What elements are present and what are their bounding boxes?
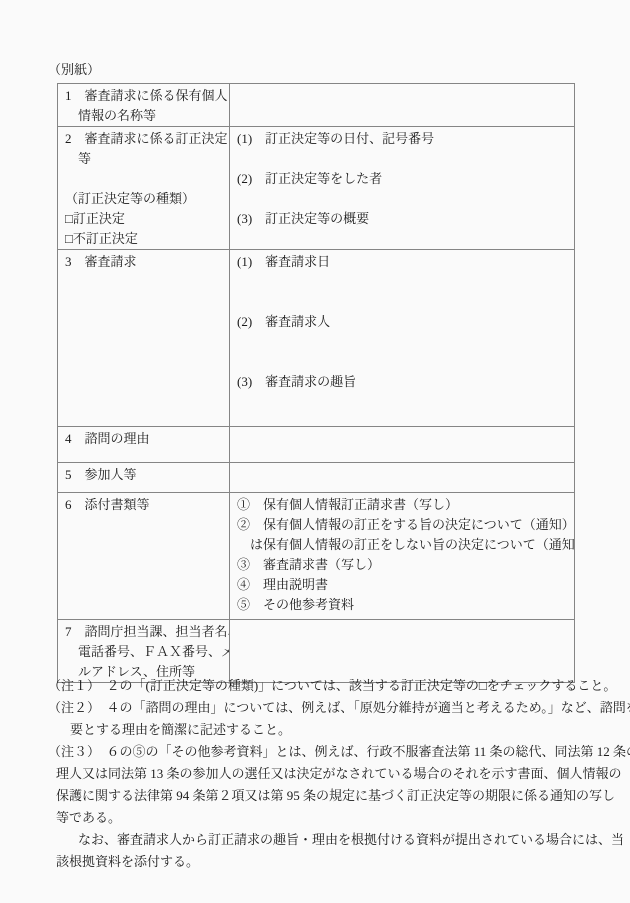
cell-line: ② 保有個人情報の訂正をする旨の決定について（通知）（写し）又 xyxy=(237,515,570,535)
empty-cell-line xyxy=(237,86,570,106)
cell-line: 情報の名称等 xyxy=(65,106,225,126)
row-6-detail-cell: ① 保有個人情報訂正請求書（写し）② 保有個人情報の訂正をする旨の決定について（… xyxy=(230,493,575,620)
cell-line xyxy=(237,189,570,209)
cell-line: (1) 審査請求日 xyxy=(237,252,570,272)
row-2-detail-cell: (1) 訂正決定等の日付、記号番号 (2) 訂正決定等をした者 (3) 訂正決定… xyxy=(230,127,575,250)
row-4-detail-cell xyxy=(230,427,575,463)
table-row-6: 6 添付書類等① 保有個人情報訂正請求書（写し）② 保有個人情報の訂正をする旨の… xyxy=(58,493,575,620)
empty-cell-line xyxy=(237,429,570,449)
note-line: （注１） ２の「(訂正決定等の種類)」については、該当する訂正決定等の□をチェッ… xyxy=(48,675,593,697)
cell-line: ③ 審査請求書（写し） xyxy=(237,555,570,575)
row-5-detail-cell xyxy=(230,463,575,493)
note-line: （注２） ４の「諮問の理由」については、例えば、「原処分維持が適当と考えるため。… xyxy=(48,697,593,719)
cell-line: 1 審査請求に係る保有個人 xyxy=(65,86,225,106)
empty-cell-line xyxy=(237,622,570,642)
cell-line: (2) 訂正決定等をした者 xyxy=(237,169,570,189)
note-line: 保護に関する法律第 94 条第２項又は第 95 条の規定に基づく訂正決定等の期限… xyxy=(48,785,593,807)
cell-line: (3) 審査請求の趣旨 xyxy=(237,372,570,392)
cell-line: 2 審査請求に係る訂正決定 xyxy=(65,129,225,149)
note-line: 要とする理由を簡潔に記述すること。 xyxy=(48,719,593,741)
checkbox-option: □訂正決定 xyxy=(65,209,225,229)
note-line: 該根拠資料を添付する。 xyxy=(48,851,593,873)
page-root: { "page": { "attachment_label": "（別紙）", … xyxy=(0,0,630,903)
cell-line: (2) 審査請求人 xyxy=(237,312,570,332)
note-line: 等である。 xyxy=(48,807,593,829)
row-4-label-cell: 4 諮問の理由 xyxy=(58,427,230,463)
cell-line xyxy=(237,149,570,169)
row-5-label-cell: 5 参加人等 xyxy=(58,463,230,493)
cell-line: は保有個人情報の訂正をしない旨の決定について（通知）（写し） xyxy=(237,535,570,555)
note-line: （注３） ６の⑤の「その他参考資料」とは、例えば、行政不服審査法第 11 条の総… xyxy=(48,741,593,763)
form-table-body: 1 審査請求に係る保有個人 情報の名称等 2 審査請求に係る訂正決定 等 （訂正… xyxy=(58,84,575,683)
row-6-label-cell: 6 添付書類等 xyxy=(58,493,230,620)
row-3-detail-cell: (1) 審査請求日 (2) 審査請求人 (3) 審査請求の趣旨 xyxy=(230,250,575,427)
cell-line xyxy=(237,352,570,372)
cell-line xyxy=(237,272,570,292)
row-1-label-cell: 1 審査請求に係る保有個人 情報の名称等 xyxy=(58,84,230,127)
checkbox-option: □不訂正決定 xyxy=(65,229,225,249)
cell-line: 6 添付書類等 xyxy=(65,495,225,515)
row-2-label-cell: 2 審査請求に係る訂正決定 等 （訂正決定等の種類）□訂正決定□不訂正決定 xyxy=(58,127,230,250)
note-line: なお、審査請求人から訂正請求の趣旨・理由を根拠付ける資料が提出されている場合には… xyxy=(48,829,593,851)
cell-line: ① 保有個人情報訂正請求書（写し） xyxy=(237,495,570,515)
empty-cell-line xyxy=(237,465,570,485)
row-1-detail-cell xyxy=(230,84,575,127)
cell-line: ④ 理由説明書 xyxy=(237,575,570,595)
form-table: 1 審査請求に係る保有個人 情報の名称等 2 審査請求に係る訂正決定 等 （訂正… xyxy=(57,83,575,683)
cell-line xyxy=(237,332,570,352)
document-page: （別紙） 1 審査請求に係る保有個人 情報の名称等 2 審査請求に係る訂正決定 … xyxy=(0,0,630,903)
cell-line xyxy=(65,169,225,189)
cell-line: 電話番号、ＦＡＸ番号、メー xyxy=(65,642,225,662)
notes-section: （注１） ２の「(訂正決定等の種類)」については、該当する訂正決定等の□をチェッ… xyxy=(48,675,593,873)
cell-line: 5 参加人等 xyxy=(65,465,225,485)
cell-line: 等 xyxy=(65,149,225,169)
table-row-4: 4 諮問の理由 xyxy=(58,427,575,463)
table-row-7: 7 諮問庁担当課、担当者名、 電話番号、ＦＡＸ番号、メー ルアドレス、住所等 xyxy=(58,620,575,683)
cell-line: (1) 訂正決定等の日付、記号番号 xyxy=(237,129,570,149)
table-row-1: 1 審査請求に係る保有個人 情報の名称等 xyxy=(58,84,575,127)
cell-line: (3) 訂正決定等の概要 xyxy=(237,209,570,229)
note-line: 理人又は同法第 13 条の参加人の選任又は決定がなされている場合のそれを示す書面… xyxy=(48,763,593,785)
table-row-3: 3 審査請求(1) 審査請求日 (2) 審査請求人 (3) 審査請求の趣旨 xyxy=(58,250,575,427)
cell-line: ⑤ その他参考資料 xyxy=(237,595,570,615)
cell-line: 4 諮問の理由 xyxy=(65,429,225,449)
cell-line xyxy=(237,292,570,312)
attachment-label: （別紙） xyxy=(48,61,100,79)
row-7-detail-cell xyxy=(230,620,575,683)
cell-line: 3 審査請求 xyxy=(65,252,225,272)
row-3-label-cell: 3 審査請求 xyxy=(58,250,230,427)
table-row-5: 5 参加人等 xyxy=(58,463,575,493)
table-row-2: 2 審査請求に係る訂正決定 等 （訂正決定等の種類）□訂正決定□不訂正決定(1)… xyxy=(58,127,575,250)
cell-line: （訂正決定等の種類） xyxy=(65,189,225,209)
cell-line: 7 諮問庁担当課、担当者名、 xyxy=(65,622,225,642)
row-7-label-cell: 7 諮問庁担当課、担当者名、 電話番号、ＦＡＸ番号、メー ルアドレス、住所等 xyxy=(58,620,230,683)
